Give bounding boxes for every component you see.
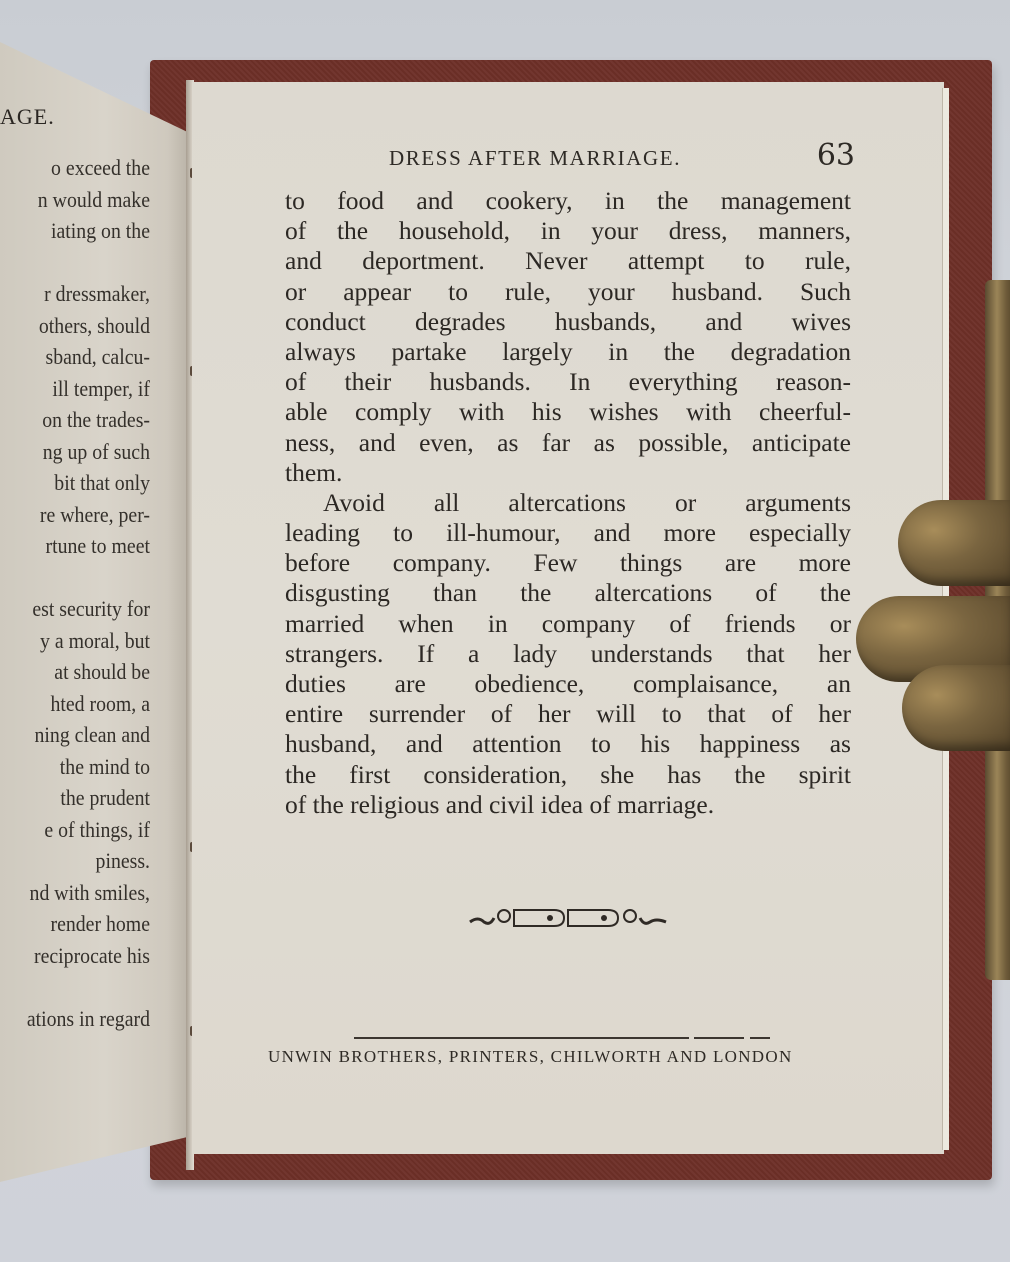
running-head-title: DRESS AFTER MARRIAGE. xyxy=(389,146,681,171)
paragraph-2: Avoid all altercations or arguments lead… xyxy=(285,488,851,820)
page-header: DRESS AFTER MARRIAGE. 63 xyxy=(389,138,855,174)
text-line: iating on the xyxy=(15,215,150,247)
text-line: able comply with his wishes with cheerfu… xyxy=(285,397,851,427)
text-line: e of things, if xyxy=(15,814,150,846)
text-gap xyxy=(15,562,150,594)
left-running-head: AGE. xyxy=(0,104,55,130)
imprint-rule xyxy=(694,1037,744,1039)
text-line: of the household, in your dress, manners… xyxy=(285,216,851,246)
text-line: Avoid all altercations or arguments xyxy=(285,488,851,518)
text-line: duties are obedience, complaisance, an xyxy=(285,669,851,699)
text-line: on the trades- xyxy=(15,404,150,436)
text-line: at should be xyxy=(15,656,150,688)
imprint-rule xyxy=(750,1037,770,1039)
text-line: leading to ill-humour, and more especial… xyxy=(285,518,851,548)
text-line: ness, and even, as far as possible, anti… xyxy=(285,428,851,458)
text-line: to food and cookery, in the management xyxy=(285,186,851,216)
text-line: and deportment. Never attempt to rule, xyxy=(285,246,851,276)
text-line: reciprocate his xyxy=(15,940,150,972)
text-gap xyxy=(15,971,150,1003)
text-line: ng up of such xyxy=(15,436,150,468)
text-line: o exceed the xyxy=(15,152,150,184)
text-line: n would make xyxy=(15,184,150,216)
text-line: ning clean and xyxy=(15,719,150,751)
paragraph-1: to food and cookery, in the management o… xyxy=(285,186,851,488)
text-line: conduct degrades husbands, and wives xyxy=(285,307,851,337)
text-line: ill temper, if xyxy=(15,373,150,405)
text-line: y a moral, but xyxy=(15,625,150,657)
left-page: AGE. o exceed the n would make iating on… xyxy=(0,42,190,1182)
left-page-text: o exceed the n would make iating on the … xyxy=(0,152,150,1034)
page-number: 63 xyxy=(817,138,855,173)
text-line: r dressmaker, xyxy=(15,278,150,310)
brass-hand-finger-icon xyxy=(898,500,1010,586)
brass-hand-finger-icon xyxy=(902,665,1010,751)
text-line: sband, calcu- xyxy=(15,341,150,373)
text-line: the prudent xyxy=(15,782,150,814)
text-line: bit that only xyxy=(15,467,150,499)
text-line: of their husbands. In everything reason- xyxy=(285,367,851,397)
text-line: before company. Few things are more xyxy=(285,548,851,578)
text-line: nd with smiles, xyxy=(15,877,150,909)
text-line: married when in company of friends or xyxy=(285,609,851,639)
page-body: to food and cookery, in the management o… xyxy=(285,186,851,820)
open-book-photo: AGE. o exceed the n would make iating on… xyxy=(0,0,1010,1262)
text-line: rtune to meet xyxy=(15,530,150,562)
text-line: re where, per- xyxy=(15,499,150,531)
text-line: disgusting than the altercations of the xyxy=(285,578,851,608)
printers-flourish-icon xyxy=(468,902,668,932)
text-line: piness. xyxy=(15,845,150,877)
text-line: the first consideration, she has the spi… xyxy=(285,760,851,790)
text-line: others, should xyxy=(15,310,150,342)
right-page: DRESS AFTER MARRIAGE. 63 to food and coo… xyxy=(192,82,944,1154)
text-line: always partake largely in the degradatio… xyxy=(285,337,851,367)
text-line: ations in regard xyxy=(15,1003,150,1035)
text-line: entire surrender of her will to that of … xyxy=(285,699,851,729)
text-line: of the religious and civil idea of marri… xyxy=(285,790,851,820)
text-line: the mind to xyxy=(15,751,150,783)
text-line: est security for xyxy=(15,593,150,625)
text-line: husband, and attention to his happiness … xyxy=(285,729,851,759)
imprint-rule xyxy=(354,1037,689,1039)
printer-imprint: UNWIN BROTHERS, PRINTERS, CHILWORTH AND … xyxy=(268,1047,868,1067)
text-line: render home xyxy=(15,908,150,940)
text-line: or appear to rule, your husband. Such xyxy=(285,277,851,307)
text-line: hted room, a xyxy=(15,688,150,720)
text-gap xyxy=(15,247,150,279)
text-line: them. xyxy=(285,458,851,488)
text-line: strangers. If a lady understands that he… xyxy=(285,639,851,669)
